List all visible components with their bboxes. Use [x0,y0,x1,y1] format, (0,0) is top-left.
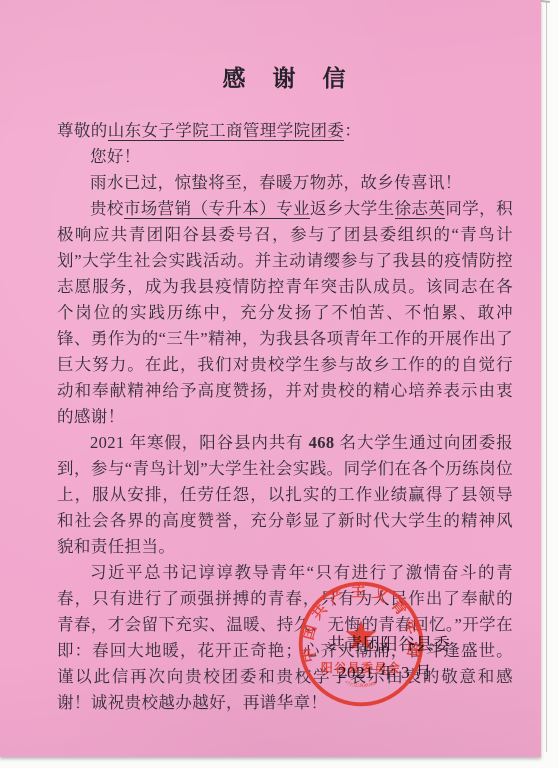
body-text-run: 2021 年寒假，阳谷县内共有 [90,433,309,452]
body-text-run: 返乡大学生 [310,199,395,218]
paragraph: 贵校市场营销（专升本）专业返乡大学生徐志英同学，积极响应共青团阳谷县委号召，参与… [57,196,513,430]
body-text-run: 同学，积极响应共青团阳谷县委号召，参与了团县委组织的“青鸟计划”大学生社会实践活… [57,199,513,426]
body-text-run: 贵校 [90,199,124,218]
paragraph: 雨水已过，惊蛰将至，春暖万物苏，故乡传喜讯！ [57,170,513,196]
salutation-prefix: 尊敬的 [57,121,108,140]
salutation-recipient: 山东女子学院工商管理学院团委 [108,121,345,141]
signature-date: 2021 年 3 月 [338,658,432,683]
underlined-text: 徐志英 [395,199,446,219]
letter-body: 尊敬的山东女子学院工商管理学院团委： 您好！雨水已过，惊蛰将至，春暖万物苏，故乡… [57,118,513,716]
salutation-line: 尊敬的山东女子学院工商管理学院团委： [57,118,513,144]
paragraph: 2021 年寒假，阳谷县内共有 468 名大学生通过向团委报到，参与“青鸟计划”… [57,430,513,560]
paragraph: 您好！ [57,144,513,170]
letter-paper: 感 谢 信 尊敬的山东女子学院工商管理学院团委： 您好！雨水已过，惊蛰将至，春暖… [0,0,541,757]
body-text-run: 您好！ [90,147,141,166]
scan-page-edge [546,2,547,752]
body-text-run: 雨水已过，惊蛰将至，春暖万物苏，故乡传喜讯！ [90,173,462,192]
bold-text: 468 [309,433,335,452]
signature-org: 共青团阳谷县委 [328,630,451,655]
letter-title: 感 谢 信 [57,60,513,93]
salutation-colon: ： [344,121,361,140]
underlined-text: 市场营销（专升本）专业 [124,199,310,219]
